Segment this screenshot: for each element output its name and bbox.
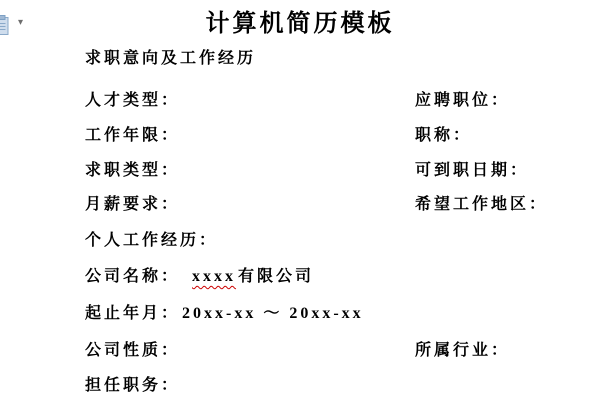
field-row: 人才类型： 应聘职位： xyxy=(85,87,180,110)
field-label-job-title: 职称： xyxy=(415,122,472,145)
field-label-industry: 所属行业： xyxy=(415,337,510,360)
field-label-company-nature: 公司性质： xyxy=(85,342,180,359)
page-title: 计算机简历模板 xyxy=(0,3,600,38)
field-row: 工作年限： 职称： xyxy=(85,122,180,145)
field-label-salary-requirement: 月薪要求： xyxy=(85,196,180,213)
subsection-heading: 个人工作经历： xyxy=(85,227,218,250)
field-label-talent-type: 人才类型： xyxy=(85,92,180,109)
company-name-row: 公司名称：xxxx有限公司 xyxy=(85,263,314,286)
dates-row: 起止年月：20xx-xx ～ 20xx-xx xyxy=(85,300,364,323)
field-label-position-held: 担任职务： xyxy=(85,372,180,395)
field-label-desired-work-area: 希望工作地区： xyxy=(415,191,548,214)
field-label-company-name: 公司名称： xyxy=(85,268,180,285)
field-row: 公司性质： 所属行业： xyxy=(85,337,180,360)
field-label-start-end-dates: 起止年月： xyxy=(85,305,180,322)
misspelled-text: xxxx xyxy=(192,268,236,285)
field-label-work-years: 工作年限： xyxy=(85,127,180,144)
field-label-job-type: 求职类型： xyxy=(85,162,180,179)
field-row: 求职类型： 可到职日期： xyxy=(85,157,180,180)
dates-value: 20xx-xx ～ 20xx-xx xyxy=(182,305,364,322)
field-label-position-applied: 应聘职位： xyxy=(415,87,510,110)
field-label-available-date: 可到职日期： xyxy=(415,157,529,180)
section-heading: 求职意向及工作经历 xyxy=(85,45,256,68)
field-row: 月薪要求： 希望工作地区： xyxy=(85,191,180,214)
company-name-value: 有限公司 xyxy=(238,268,314,285)
document-page: ▾ 计算机简历模板 求职意向及工作经历 人才类型： 应聘职位： 工作年限： 职称… xyxy=(0,0,600,400)
